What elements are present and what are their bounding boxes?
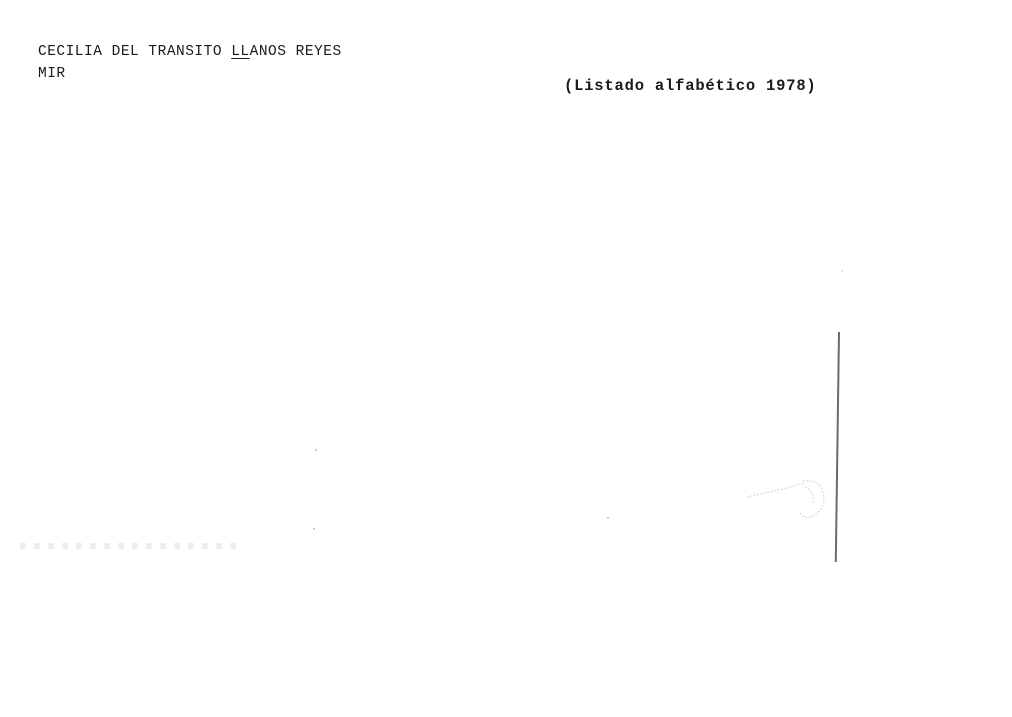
name-prefix: CECILIA DEL TRANSITO bbox=[38, 44, 231, 60]
index-card: CECILIA DEL TRANSITO LLANOS REYES MIR (L… bbox=[0, 0, 1012, 717]
vertical-margin-line bbox=[835, 332, 840, 562]
person-name: CECILIA DEL TRANSITO LLANOS REYES bbox=[38, 44, 342, 60]
scan-speck bbox=[607, 517, 609, 519]
name-suffix: ANOS REYES bbox=[250, 44, 342, 60]
faint-stamp-icon bbox=[745, 475, 830, 525]
name-underlined-letters: LL bbox=[231, 44, 249, 60]
scan-speck bbox=[315, 449, 317, 451]
scan-speck bbox=[841, 270, 843, 272]
scan-speck bbox=[313, 528, 315, 530]
listing-note: (Listado alfabético 1978) bbox=[564, 77, 817, 95]
second-surname: MIR bbox=[38, 66, 66, 82]
faint-scan-artifact bbox=[20, 543, 240, 549]
